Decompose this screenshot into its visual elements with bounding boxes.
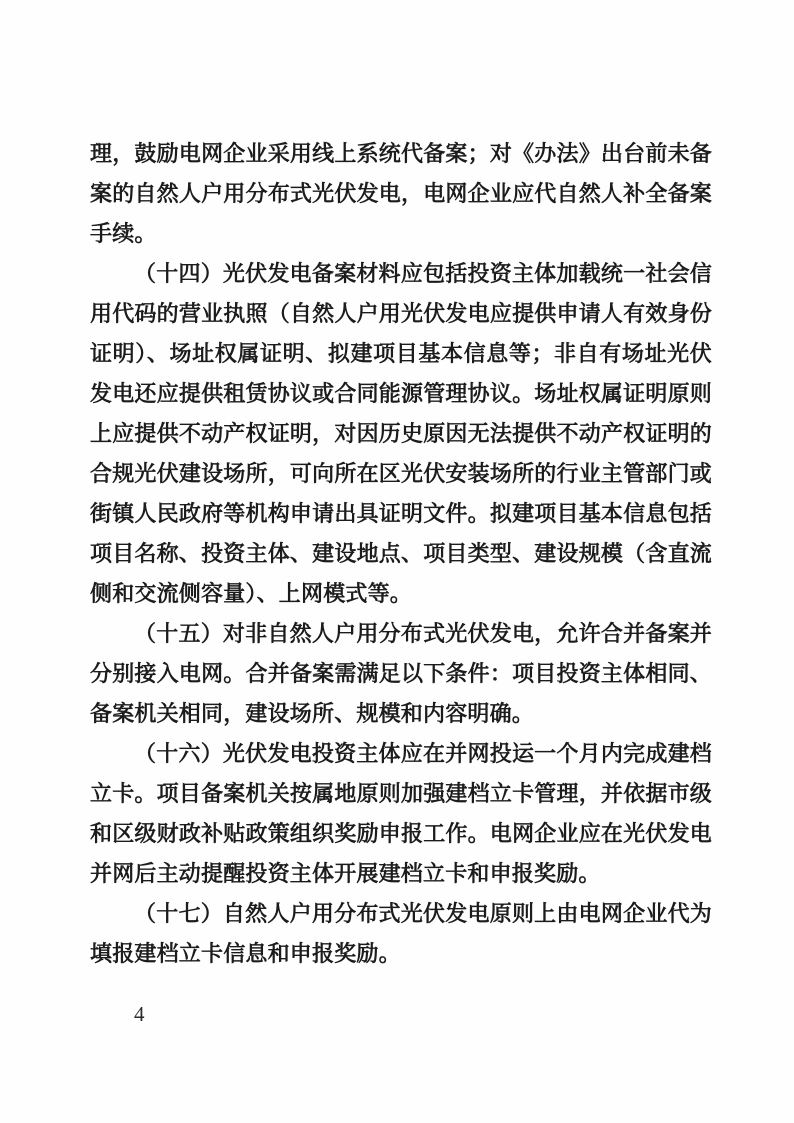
paragraph-item-15: （十五）对非自然人户用分布式光伏发电，允许合并备案并分别接入电网。合并备案需满足… bbox=[90, 614, 712, 734]
paragraph-item-17: （十七）自然人户用分布式光伏发电原则上由电网企业代为填报建档立卡信息和申报奖励。 bbox=[90, 894, 712, 974]
paragraph-item-16: （十六）光伏发电投资主体应在并网投运一个月内完成建档立卡。项目备案机关按属地原则… bbox=[90, 734, 712, 894]
document-page: 理，鼓励电网企业采用线上系统代备案；对《办法》出台前未备案的自然人户用分布式光伏… bbox=[0, 0, 794, 1123]
document-body: 理，鼓励电网企业采用线上系统代备案；对《办法》出台前未备案的自然人户用分布式光伏… bbox=[90, 134, 712, 974]
paragraph-item-14: （十四）光伏发电备案材料应包括投资主体加载统一社会信用代码的营业执照（自然人户用… bbox=[90, 254, 712, 614]
page-number: 4 bbox=[134, 1000, 145, 1028]
paragraph-continuation: 理，鼓励电网企业采用线上系统代备案；对《办法》出台前未备案的自然人户用分布式光伏… bbox=[90, 134, 712, 254]
